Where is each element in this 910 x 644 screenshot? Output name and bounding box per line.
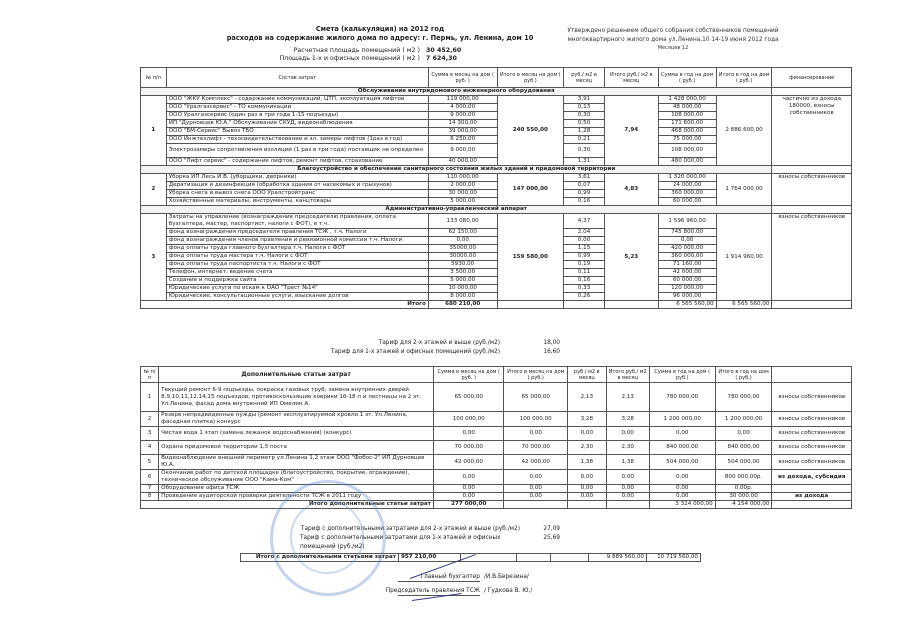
section-header: Обслуживание внутридомового инженерного …	[141, 88, 852, 96]
cost-item-name: Создание и поддержка сайта	[166, 277, 428, 285]
empty-cell	[517, 554, 551, 562]
extra-item-m2-total: 1,38	[606, 455, 649, 470]
cost-item-m2: 3,61	[564, 174, 605, 182]
cost-item-year: 468 000,00	[658, 128, 716, 136]
cost-item-month: 5930,00	[428, 261, 497, 269]
tariff-block: Тариф для 2-х этажей и выше (руб./м2)18,…	[300, 339, 560, 357]
extra-item-year: 0,00	[649, 470, 715, 485]
extra-item-month-total: 42 000,00	[504, 455, 568, 470]
cost-item-m2: 3,91	[564, 96, 605, 104]
cost-item-month: 39 000,00	[428, 128, 497, 136]
extra-row-number: 5	[141, 455, 159, 470]
cost-item-m2: 0,21	[564, 136, 605, 144]
cost-item-name: фонд оплаты труда паспортиста т.ч. Налог…	[166, 261, 428, 269]
group-month-total: 159 580,00	[497, 214, 564, 301]
extra-row-number: 3	[141, 427, 159, 441]
empty-cell	[497, 301, 564, 309]
cost-item-month: 62 150,00	[428, 229, 497, 237]
cost-item-month: 14 300,00	[428, 120, 497, 128]
area-office-value: 7 624,30	[426, 55, 457, 62]
extra-item-m2-total: 0,00	[606, 470, 649, 485]
tariff2-value: 16,60	[500, 348, 560, 357]
extra-item-month-total: 100 000,00	[504, 412, 568, 427]
empty-cell	[604, 301, 658, 309]
extra-item-month: 42 000,00	[434, 455, 504, 470]
cost-item-m2: 0,19	[564, 261, 605, 269]
extra-item-m2: 3,28	[568, 412, 607, 427]
total-row: Итого680 210,006 565 560,006 565 560,00	[141, 301, 852, 309]
cost-item-name: фонд вознаграждения председателя правлен…	[166, 229, 428, 237]
empty-cell	[772, 88, 852, 96]
section-title: Обслуживание внутридомового инженерного …	[141, 88, 772, 96]
cost-item-month: 110 000,00	[428, 174, 497, 182]
extra-item-month: 0,00	[434, 470, 504, 485]
extra-header-month: Сумма в месяц на дом ( руб. )	[434, 367, 504, 383]
cost-item-name: фонд оплаты труда главного бухгалтера т.…	[166, 245, 428, 253]
header-m2: руб./ м2 в месяц	[564, 68, 605, 88]
table-row: 2Уборка ИП Лесь И.В. (уборщики, дворники…	[141, 174, 852, 182]
extra-item-month: 100 000,00	[434, 412, 504, 427]
accountant-label: Главный бухгалтер	[300, 574, 480, 580]
group-month-total: 240 550,00	[497, 96, 564, 166]
cost-item-m2: 0,99	[564, 190, 605, 198]
extra-item-m2: 2,13	[568, 383, 607, 412]
cost-item-m2: 0,26	[564, 293, 605, 301]
extra-header-num: № п/п	[141, 367, 159, 383]
extra-item-name: Окончание работ по детской площадке (бла…	[159, 470, 434, 485]
extra-item-year: 504 000,00	[649, 455, 715, 470]
cost-item-m2: 0,16	[564, 198, 605, 206]
total-label: Итого	[141, 301, 429, 309]
cost-item-m2: 0,00	[564, 237, 605, 245]
cost-item-year: 60 000,00	[658, 277, 716, 285]
extra-item-financing: взносы собственников	[772, 412, 852, 427]
group-m2-total: 4,83	[604, 174, 658, 206]
empty-cell	[772, 501, 852, 509]
cost-item-month: 9 000,00	[428, 144, 497, 158]
extra-row-number: 6	[141, 470, 159, 485]
extra-total-row: Итого дополнительные статьи затрат277 00…	[141, 501, 852, 509]
extra-item-year: 0,00	[649, 493, 715, 501]
chair-name: / Гудкова В. Ю./	[484, 588, 532, 594]
extra-item-year: 1 200 000,00	[649, 412, 715, 427]
cost-item-name: Дератизация и дезинфекция (обработка зда…	[166, 182, 428, 190]
cost-item-year: 96 000,00	[658, 293, 716, 301]
tariff2-label: Тариф для 1-х этажей и офисных помещений…	[331, 348, 500, 357]
extra-item-month-total: 70 000,00	[504, 441, 568, 455]
header-m2-total: Итого руб./ м2 в месяц	[604, 68, 658, 88]
extra-item-financing: взносы собственников	[772, 441, 852, 455]
cost-item-month: 10 000,00	[428, 285, 497, 293]
cost-item-month: 8 000,00	[428, 293, 497, 301]
section-title: Административно-управленческий аппарат	[141, 206, 772, 214]
extra-item-financing: взносы собственников	[772, 383, 852, 412]
group-financing: взносы собственников	[772, 214, 852, 301]
cost-item-name: Уборка снега и вывоз снега ООО Уралстрой…	[166, 190, 428, 198]
cost-item-m2: 0,30	[564, 112, 605, 120]
extra-row-number: 7	[141, 485, 159, 493]
cost-item-name: ООО Инжтехлифт - техосвидетельствование …	[166, 136, 428, 144]
empty-cell	[504, 501, 568, 509]
extra-item-year-total: 30 000,00	[715, 493, 772, 501]
document-title: Смета (калькуляция) на 2012 год расходов…	[180, 25, 580, 43]
extra-item-name: Резерв непредвиденные нужды (ремонт эксп…	[159, 412, 434, 427]
table-row: 8Проведение аудиторской проверки деятель…	[141, 493, 852, 501]
empty-cell	[772, 206, 852, 214]
extra-item-name: Текущий ремонт 6-9 подъезды, покраска га…	[159, 383, 434, 412]
extra-item-name: Чистая вода 1 этап (замена лежанок водос…	[159, 427, 434, 441]
cost-item-year: 42 000,00	[658, 269, 716, 277]
cost-item-month: 6 250,00	[428, 136, 497, 144]
main-cost-table: № п/п Состав затрат Сумма в месяц на дом…	[140, 67, 852, 309]
table-row: 3Затраты на управление (вознаграждение п…	[141, 214, 852, 229]
cost-item-m2: 0,13	[564, 104, 605, 112]
cost-item-name: фонд оплаты труда мастера т.ч. Налоги с …	[166, 253, 428, 261]
extra-header-year: Сумма в год на дом ( руб.)	[649, 367, 715, 383]
row-group-number: 3	[141, 214, 167, 301]
extra-item-financing: взносы собственников	[772, 455, 852, 470]
section-header: Административно-управленческий аппарат	[141, 206, 852, 214]
accountant-name: /И.В.Березина/	[484, 574, 529, 580]
cost-item-month: 5 000,00	[428, 198, 497, 206]
extra-tariff1-value: 27,09	[520, 525, 560, 534]
empty-cell	[568, 501, 607, 509]
extra-item-month: 0,00	[434, 427, 504, 441]
extra-item-m2-total: 2,13	[606, 383, 649, 412]
section-header: Благоустройство и обеспечение санитарног…	[141, 166, 852, 174]
extra-tariff2-value: 25,69	[526, 534, 560, 552]
extra-item-m2: 0,00	[568, 493, 607, 501]
cost-item-year: 1 596 960,00	[658, 214, 716, 229]
extra-item-financing: из дохода	[772, 493, 852, 501]
cost-item-month: 119 000,00	[428, 96, 497, 104]
group-year-total: 1 764 000,00	[716, 174, 772, 206]
cost-item-year: 745 800,00	[658, 229, 716, 237]
area-office-label: Площадь 1-х и офисных помещений ( м2 )	[270, 55, 420, 63]
extra-item-year-total: 0,00р.	[715, 485, 772, 493]
cost-item-month: 4 000,00	[428, 104, 497, 112]
table-row: 2Резерв непредвиденные нужды (ремонт экс…	[141, 412, 852, 427]
accountant-signature-line	[398, 581, 480, 582]
extra-item-m2-total: 2,30	[606, 441, 649, 455]
extra-total-month: 277 000,00	[434, 501, 504, 509]
cost-item-year: 480 000,00	[658, 158, 716, 166]
tariff1-value: 18,00	[500, 339, 560, 348]
group-year-total: 1 914 960,00	[716, 214, 772, 301]
main-table-header: № п/п Состав затрат Сумма в месяц на дом…	[141, 68, 852, 88]
cost-item-name: Затраты на управление (вознаграждение пр…	[166, 214, 428, 229]
cost-item-year: 71 160,00	[658, 261, 716, 269]
cost-item-year: 360 000,00	[658, 190, 716, 198]
cost-item-name: Телефон, интернет, ведение счета	[166, 269, 428, 277]
cost-item-year: 60 000,00	[658, 198, 716, 206]
chair-label: Председатель правления ТСЖ	[260, 588, 480, 594]
extra-header-month-total: Итого в месяц на дом ( руб.)	[504, 367, 568, 383]
extra-item-m2-total: 0,00	[606, 485, 649, 493]
cost-item-year: 108 000,00	[658, 112, 716, 120]
extra-item-month-total: 0,00	[504, 493, 568, 501]
extra-item-m2-total: 0,00	[606, 427, 649, 441]
cost-item-year: 420 000,00	[658, 245, 716, 253]
extra-header-m2: руб./ м2 в месяц	[568, 367, 607, 383]
row-group-number: 1	[141, 96, 167, 166]
cost-item-name: ООО Уралгазсервис (один раз в три года 1…	[166, 112, 428, 120]
cost-item-month: 30000,00	[428, 253, 497, 261]
extra-item-year-total: 1 200 000,00	[715, 412, 772, 427]
approval-line-1: Утверждено решением общего собрания собс…	[548, 27, 798, 36]
extra-item-month: 70 000,00	[434, 441, 504, 455]
header-financing: финансирование	[772, 68, 852, 88]
cost-item-m2: 1,31	[564, 158, 605, 166]
table-row: 5Видеонаблюдение внешний периметр ул.Лен…	[141, 455, 852, 470]
extra-row-number: 2	[141, 412, 159, 427]
cost-item-m2: 2,04	[564, 229, 605, 237]
tariff1-label: Тариф для 2-х этажей и выше (руб./м2)	[379, 339, 500, 348]
header-num: № п/п	[141, 68, 167, 88]
cost-item-m2: 0,16	[564, 277, 605, 285]
extra-cost-table: № п/п Дополнительные статьи затрат Сумма…	[140, 366, 852, 509]
extra-item-year: 780 000,00	[649, 383, 715, 412]
extra-item-m2: 0,00	[568, 485, 607, 493]
extra-item-financing: из дохода, субсидия	[772, 470, 852, 485]
cost-item-name: ООО "ЖКУ Комплекс" - содержание коммуник…	[166, 96, 428, 104]
extra-item-m2-total: 0,00	[606, 493, 649, 501]
extra-item-month: 0,00	[434, 493, 504, 501]
group-financing: частично из дохода 180000, взносы собств…	[772, 96, 852, 166]
extra-row-number: 4	[141, 441, 159, 455]
extra-item-month: 65 000,00	[434, 383, 504, 412]
group-financing: взносы собственников	[772, 174, 852, 206]
approval-note: Утверждено решением общего собрания собс…	[548, 27, 798, 52]
extra-item-month-total: 0,00	[504, 485, 568, 493]
empty-cell	[564, 301, 605, 309]
table-row: 4Охрана придомовой территории 1,5 поста7…	[141, 441, 852, 455]
extra-total-year-total: 4 154 000,00	[715, 501, 772, 509]
extra-item-month-total: 65 000,00	[504, 383, 568, 412]
cost-item-m2: 0,11	[564, 269, 605, 277]
cost-item-name: Юридические услуги по искам к ОАО "Трест…	[166, 285, 428, 293]
table-row: 1Текущий ремонт 6-9 подъезды, покраска г…	[141, 383, 852, 412]
cost-item-year: 24 000,00	[658, 182, 716, 190]
cost-item-m2: 0,33	[564, 285, 605, 293]
extra-item-year-total: 0,00	[715, 427, 772, 441]
extra-item-m2-total: 3,28	[606, 412, 649, 427]
extra-row-number: 1	[141, 383, 159, 412]
header-month: Сумма в месяц на дом ( руб. )	[428, 68, 497, 88]
cost-item-month: 5 000,00	[428, 277, 497, 285]
extra-item-name: Видеонаблюдение внешний периметр ул.Лени…	[159, 455, 434, 470]
extra-item-m2: 0,00	[568, 427, 607, 441]
extra-total-year-sum: 3 324 000,00	[649, 501, 715, 509]
cost-item-year: 108 000,00	[658, 144, 716, 158]
table-row: 1ООО "ЖКУ Комплекс" - содержание коммуни…	[141, 96, 852, 104]
cost-item-month: 9 000,00	[428, 112, 497, 120]
table-row: 3Чистая вода 1 этап (замена лежанок водо…	[141, 427, 852, 441]
extra-item-year: 0,00	[649, 427, 715, 441]
grand-total-year-total: 10 719 560,00	[647, 554, 701, 562]
cost-item-name: ООО "Уралгазсервис" - ТО коммуникации	[166, 104, 428, 112]
cost-item-year: 120 000,00	[658, 285, 716, 293]
cost-item-name: ИП "Дурновцев Ю.А." Обслуживание СКУД, в…	[166, 120, 428, 128]
section-title: Благоустройство и обеспечение санитарног…	[141, 166, 772, 174]
extra-item-year-total: 504 000,00	[715, 455, 772, 470]
header-month-total: Итого в месяц на дом ( руб.)	[497, 68, 564, 88]
cost-item-month: 3 500,00	[428, 269, 497, 277]
extra-header-financing	[772, 367, 852, 383]
area-total-label: Расчетная площадь помещений ( м2 )	[270, 47, 420, 55]
cost-item-year: 171 600,00	[658, 120, 716, 128]
cost-item-year: 360 000,00	[658, 253, 716, 261]
extra-item-m2: 2,30	[568, 441, 607, 455]
cost-item-year: 75 000,00	[658, 136, 716, 144]
cost-item-name: Уборка ИП Лесь И.В. (уборщики, дворники)	[166, 174, 428, 182]
cost-item-m2: 0,30	[564, 144, 605, 158]
cost-item-year: 0,00	[658, 237, 716, 245]
extra-row-number: 8	[141, 493, 159, 501]
cost-item-m2: 0,99	[564, 253, 605, 261]
grand-total-month: 957 210,00	[399, 554, 461, 562]
group-month-total: 147 000,00	[497, 174, 564, 206]
cost-item-name: Юридические, консультационные услуги, вз…	[166, 293, 428, 301]
cost-item-name: Электрозамеры сопротивления изоляции (1 …	[166, 144, 428, 158]
cost-item-name: Хозяйственные материалы, инструменты, ка…	[166, 198, 428, 206]
header-year: Сумма в год на дом ( руб.)	[658, 68, 716, 88]
extra-item-financing	[772, 485, 852, 493]
row-group-number: 2	[141, 174, 167, 206]
extra-item-year-total: 840 000,00	[715, 441, 772, 455]
cost-item-m2: 4,37	[564, 214, 605, 229]
empty-cell	[606, 501, 649, 509]
cost-item-name: ООО "Лифт сервис" - содержание лифтов, р…	[166, 158, 428, 166]
extra-item-m2: 1,38	[568, 455, 607, 470]
cost-item-name: ООО "БМ-Сервис" Вывоз ТБО	[166, 128, 428, 136]
cost-item-name: фонд вознаграждения членов правления и р…	[166, 237, 428, 245]
empty-cell	[772, 301, 852, 309]
extra-item-m2: 0,00	[568, 470, 607, 485]
cost-item-month: 2 000,00	[428, 182, 497, 190]
approval-line-2: многоквартирного жилого дома ул.Ленина,1…	[548, 36, 798, 45]
cost-item-month: 133 080,00	[428, 214, 497, 229]
cost-item-month: 0,00	[428, 237, 497, 245]
extra-header-name: Дополнительные статьи затрат	[159, 367, 434, 383]
extra-item-year-total: 800 000,00р.	[715, 470, 772, 485]
cost-item-year: 1 428 000,00	[658, 96, 716, 104]
stamp-seal-inner	[290, 500, 364, 574]
cost-item-year: 48 000,00	[658, 104, 716, 112]
cost-item-month: 30 000,00	[428, 190, 497, 198]
extra-item-name: Охрана придомовой территории 1,5 поста	[159, 441, 434, 455]
cost-item-m2: 0,07	[564, 182, 605, 190]
empty-cell	[772, 166, 852, 174]
extra-header-m2-total: Итого руб./ м2 в месяц	[606, 367, 649, 383]
total-year-total: 6 565 560,00	[716, 301, 772, 309]
cost-item-m2: 1,15	[564, 245, 605, 253]
area-total-value: 30 452,60	[426, 47, 461, 54]
cost-item-month: 40 000,00	[428, 158, 497, 166]
total-month: 680 210,00	[428, 301, 497, 309]
extra-item-month-total: 0,00	[504, 470, 568, 485]
title-line-1: Смета (калькуляция) на 2012 год	[180, 25, 580, 34]
header-year-total: Итого в год на дом ( руб.)	[716, 68, 772, 88]
extra-item-month: 0,00	[434, 485, 504, 493]
group-m2-total: 7,94	[604, 96, 658, 166]
extra-table-header: № п/п Дополнительные статьи затрат Сумма…	[141, 367, 852, 383]
cost-item-month: 35000,00	[428, 245, 497, 253]
months-count: Месяцев 12	[548, 45, 798, 52]
extra-item-year: 840 000,00	[649, 441, 715, 455]
extra-item-year: 0,00	[649, 485, 715, 493]
cost-item-m2: 1,28	[564, 128, 605, 136]
extra-item-month-total: 0,00	[504, 427, 568, 441]
empty-cell	[551, 554, 589, 562]
extra-header-year-total: Итого в год на дом ( руб.)	[715, 367, 772, 383]
table-row: 7Оборудование офиса ТСЖ0,000,000,000,000…	[141, 485, 852, 493]
table-row: 6Окончание работ по детской площадке (бл…	[141, 470, 852, 485]
group-m2-total: 5,23	[604, 214, 658, 301]
cost-item-year: 1 320 000,00	[658, 174, 716, 182]
header-name: Состав затрат	[166, 68, 428, 88]
area-info: Расчетная площадь помещений ( м2 )30 452…	[270, 47, 461, 63]
title-line-2: расходов на содержание жилого дома по ад…	[180, 34, 580, 43]
total-year-sum: 6 565 560,00	[658, 301, 716, 309]
extra-item-year-total: 780 000,00	[715, 383, 772, 412]
grand-total-year-sum: 9 889 560,00	[589, 554, 647, 562]
extra-item-financing: взносы собственников	[772, 427, 852, 441]
cost-item-m2: 0,50	[564, 120, 605, 128]
group-year-total: 2 886 600,00	[716, 96, 772, 166]
